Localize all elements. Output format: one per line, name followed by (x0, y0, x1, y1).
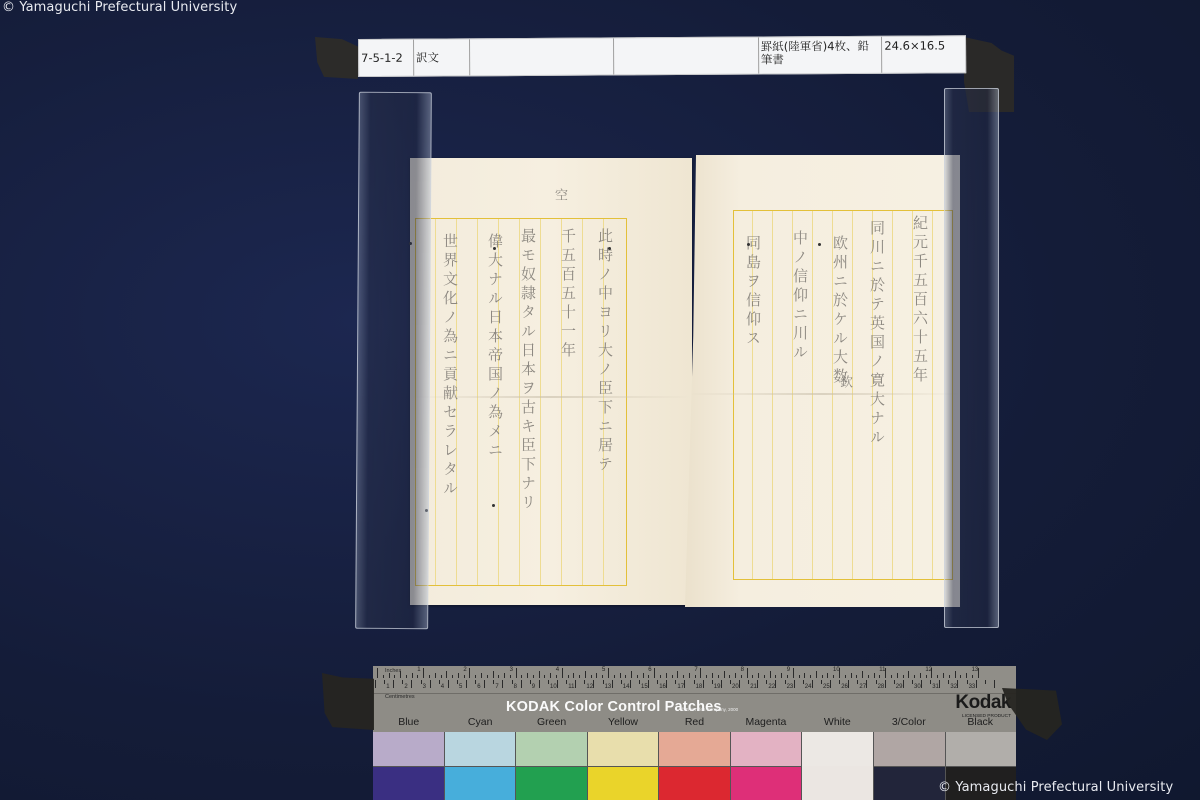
patch-light (659, 732, 730, 767)
inch-tick-label: 13 (972, 667, 979, 673)
ruler-tick (857, 680, 858, 684)
cm-tick-label: 25 (823, 684, 830, 690)
patch-light (731, 732, 802, 767)
patch-light (588, 732, 659, 767)
ruler-tick (684, 680, 685, 688)
cm-tick-label: 5 (459, 684, 462, 690)
ruler-tick (748, 680, 749, 684)
ruler-tick (631, 671, 632, 678)
ruler-tick (475, 680, 476, 684)
ruler-tick (976, 680, 977, 688)
patch-dark (802, 766, 873, 800)
patch-labels: Blue Cyan Green Yellow Red Magenta White… (373, 716, 1016, 730)
ruler-tick (639, 680, 640, 684)
ruler-tick (612, 680, 613, 688)
ruler-tick (421, 680, 422, 684)
cm-tick-label: 15 (641, 684, 648, 690)
catalog-size: 24.6×16.5 (882, 36, 965, 73)
cm-tick-label: 1 (386, 684, 389, 690)
ruler-tick (816, 671, 817, 678)
inch-tick-label: 1 (417, 667, 420, 673)
patch-label: Cyan (444, 716, 515, 730)
inch-tick-label: 2 (463, 667, 466, 673)
ruler-tick (593, 680, 594, 688)
ruler-tick (530, 680, 531, 684)
ruler-tick (747, 668, 748, 678)
cm-tick-label: 21 (750, 684, 757, 690)
cm-tick-label: 33 (969, 684, 976, 690)
ruler-tick (539, 671, 540, 678)
ruler-tick (466, 680, 467, 688)
kodak-color-chart: Inches 12345678910111213 123456789101112… (373, 666, 1016, 800)
patch-column-magenta (731, 732, 803, 800)
ruler-tick (654, 668, 655, 678)
handwritten-annotation: 空 (550, 188, 569, 205)
cm-tick-label: 16 (659, 684, 666, 690)
cm-tick-label: 9 (532, 684, 535, 690)
ruler-tick (666, 680, 667, 688)
tape-bottom-left (322, 673, 374, 730)
ruler-tick (721, 680, 722, 688)
catalog-blank-cell (470, 38, 615, 75)
ruler-tick (903, 680, 904, 688)
inch-tick-label: 11 (879, 667, 885, 673)
cm-tick-label: 14 (623, 684, 630, 690)
ruler-tick (812, 680, 813, 688)
ruler-tick (770, 671, 771, 678)
ruler-tick (724, 671, 725, 678)
handwritten-column: 最モ奴隷タル日本ヲ古キ臣下ナリ (518, 228, 539, 513)
ruler-cm-label: Centimetres (385, 694, 415, 700)
cm-tick-label: 10 (550, 684, 557, 690)
handwritten-column: 同川ニ於テ英国ノ寛大ナル (867, 220, 888, 448)
ruler-tick (457, 680, 458, 684)
ruler-tick (794, 680, 795, 688)
ruler-tick (446, 671, 447, 678)
cm-tick-label: 28 (878, 684, 885, 690)
ruler-tick (821, 680, 822, 684)
catalog-label-strip: 7-5-1-2 訳文 罫紙(陸軍省)4枚、鉛筆書 24.6×16.5 (358, 35, 966, 77)
ruler-tick (677, 671, 678, 678)
ruler-tick (694, 680, 695, 684)
handwritten-column: 中ノ信仰ニ川ル (790, 230, 811, 363)
cm-tick-label: 7 (495, 684, 498, 690)
cm-tick-label: 30 (914, 684, 921, 690)
inch-tick-label: 7 (694, 667, 697, 673)
cm-tick-label: 8 (514, 684, 517, 690)
patch-label: Blue (373, 716, 444, 730)
chart-copyright: © The Tiffen Company, 2000 (681, 707, 738, 712)
patch-dark (373, 767, 444, 800)
patch-label: Magenta (730, 716, 801, 730)
patch-column-red (659, 732, 731, 800)
inch-tick-label: 4 (556, 667, 559, 673)
ruler-tick (448, 680, 449, 688)
ruler-tick (502, 680, 503, 688)
cm-tick-label: 13 (605, 684, 612, 690)
ruler-tick (384, 680, 385, 684)
patch-column-3-color (874, 732, 946, 800)
cm-tick-label: 6 (477, 684, 480, 690)
inch-tick-label: 12 (925, 667, 932, 673)
ruler-tick (839, 680, 840, 684)
inch-tick-label: 6 (648, 667, 651, 673)
ruler-tick (985, 680, 986, 684)
cm-tick-label: 27 (859, 684, 866, 690)
handwritten-column: 偉大ナル日本帝国ノ為メニ (485, 233, 506, 461)
tape-top-left (315, 37, 360, 79)
handwritten-column: 同島ヲ信仰ス (743, 235, 764, 349)
patch-label: Red (659, 716, 730, 730)
cm-tick-label: 2 (404, 684, 407, 690)
manuscript-document: 世界文化ノ為ニ貢献セラレタル 偉大ナル日本帝国ノ為メニ 最モ奴隷タル日本ヲ古キ臣… (410, 155, 960, 605)
ruler-tick (700, 668, 701, 678)
ruler-tick (512, 680, 513, 684)
patch-dark (874, 767, 945, 800)
patch-light (946, 732, 1017, 767)
cm-tick-label: 17 (677, 684, 684, 690)
inch-tick-label: 10 (833, 667, 840, 673)
handwritten-annotation: 欽 (835, 375, 854, 392)
ruler-tick (730, 680, 731, 684)
handwritten-column: 此時ノ中ヨリ大ノ臣下ニ居テ (595, 228, 616, 475)
catalog-blank-cell (614, 38, 759, 75)
patch-column-white (802, 732, 874, 800)
ruler-tick (912, 680, 913, 684)
ruler-tick (621, 680, 622, 684)
patch-dark (588, 767, 659, 800)
cm-tick-label: 29 (896, 684, 903, 690)
ruler-tick (393, 680, 394, 688)
ruler-tick (793, 668, 794, 678)
cm-tick-label: 18 (696, 684, 703, 690)
patch-column-yellow (588, 732, 660, 800)
inch-tick-label: 3 (510, 667, 513, 673)
acrylic-weight-right (944, 88, 999, 628)
cm-tick-label: 23 (787, 684, 794, 690)
ruler-tick (830, 680, 831, 688)
ruler-tick (908, 671, 909, 678)
ruler-tick (957, 680, 958, 688)
patch-dark (731, 767, 802, 800)
ruler-tick (402, 680, 403, 684)
ruler-tick (584, 680, 585, 684)
ruler-tick (939, 680, 940, 688)
ruler-tick (548, 680, 549, 684)
ruler-tick (557, 680, 558, 688)
ruler-tick (377, 668, 378, 678)
ruler-tick (493, 671, 494, 678)
ruler-tick (775, 680, 776, 688)
ruler-tick (603, 680, 604, 684)
cm-tick-label: 32 (950, 684, 957, 690)
ruler-tick (921, 680, 922, 688)
patch-light (516, 732, 587, 767)
ruler-tick (493, 680, 494, 684)
acrylic-weight-left (355, 92, 432, 629)
ruler-tick (430, 680, 431, 688)
patch-light (802, 732, 873, 766)
cm-tick-label: 19 (714, 684, 721, 690)
copyright-watermark-bottom: © Yamaguchi Prefectural University (938, 780, 1173, 795)
cm-tick-label: 24 (805, 684, 812, 690)
ruler-tick (703, 680, 704, 688)
ruler-tick (766, 680, 767, 684)
patch-label: Green (516, 716, 587, 730)
ruler-tick (785, 680, 786, 684)
handwritten-column: 欧州ニ於ケル大数 (830, 235, 851, 387)
handwritten-column: 世界文化ノ為ニ貢献セラレタル (440, 233, 461, 499)
inch-tick-label: 8 (741, 667, 744, 673)
ruler-tick (648, 680, 649, 688)
ruler-tick (894, 680, 895, 684)
color-patches (373, 732, 1016, 800)
patch-dark (445, 767, 516, 800)
ruler-tick (948, 680, 949, 684)
patch-light (373, 732, 444, 767)
patch-column-cyan (445, 732, 517, 800)
ruler-tick (562, 668, 563, 678)
ruler-tick (955, 671, 956, 678)
ruler-tick (521, 680, 522, 688)
cm-tick-label: 20 (732, 684, 739, 690)
patch-dark (516, 767, 587, 800)
cm-tick-label: 26 (841, 684, 848, 690)
inch-tick-label: 9 (787, 667, 790, 673)
patch-dark (659, 767, 730, 800)
ruler-tick (739, 680, 740, 688)
patch-label: 3/Color (873, 716, 944, 730)
ruler-tick (566, 680, 567, 684)
ruler-tick (423, 668, 424, 678)
catalog-title: 訳文 (414, 39, 470, 75)
patch-light (874, 732, 945, 767)
ruler-tick (712, 680, 713, 684)
ruler-tick (516, 668, 517, 678)
ruler-tick (757, 680, 758, 688)
patch-label: Black (945, 716, 1016, 730)
kodak-logo: Kodak (955, 692, 1011, 714)
ruler-tick (608, 668, 609, 678)
ruler-tick (866, 680, 867, 688)
ruler-tick (862, 671, 863, 678)
ruler-tick (439, 680, 440, 684)
cm-tick-label: 3 (423, 684, 426, 690)
handwritten-column: 紀元千五百六十五年 (910, 215, 931, 386)
manuscript-left-page: 世界文化ノ為ニ貢献セラレタル 偉大ナル日本帝国ノ為メニ 最モ奴隷タル日本ヲ古キ臣… (410, 158, 692, 605)
ruler-tick (848, 680, 849, 688)
patch-label: White (802, 716, 873, 730)
cm-tick-label: 22 (768, 684, 775, 690)
ruler-tick (657, 680, 658, 684)
ruler-tick (469, 668, 470, 678)
measurement-ruler: Inches 12345678910111213 123456789101112… (373, 666, 1016, 694)
patch-light (445, 732, 516, 767)
ruler-tick (994, 680, 995, 688)
ruler-tick (375, 680, 376, 688)
ruler-tick (885, 680, 886, 688)
ruler-tick (539, 680, 540, 688)
ruler-tick (675, 680, 676, 684)
copyright-watermark-top: © Yamaguchi Prefectural University (2, 0, 237, 15)
patch-label: Yellow (587, 716, 658, 730)
ruler-tick (803, 680, 804, 684)
ruler-tick (930, 680, 931, 684)
cm-tick-label: 11 (568, 684, 574, 690)
patch-column-blue (373, 732, 445, 800)
ruler-tick (630, 680, 631, 688)
handwritten-column: 千五百五十一年 (558, 228, 579, 361)
centimetre-scale: 1234567891011121314151617181920212223242… (373, 678, 1016, 694)
inch-tick-label: 5 (602, 667, 605, 673)
ruler-tick (484, 680, 485, 688)
catalog-id: 7-5-1-2 (359, 40, 414, 76)
ruler-tick (585, 671, 586, 678)
cm-tick-label: 12 (586, 684, 593, 690)
patch-column-green (516, 732, 588, 800)
manuscript-right-page: 紀元千五百六十五年 同川ニ於テ英国ノ寛大ナル 欧州ニ於ケル大数 中ノ信仰ニ川ル … (685, 155, 960, 607)
ruler-tick (967, 680, 968, 684)
cm-tick-label: 4 (441, 684, 444, 690)
ruler-tick (411, 680, 412, 688)
catalog-material: 罫紙(陸軍省)4枚、鉛筆書 (759, 37, 883, 74)
ruler-tick (400, 671, 401, 678)
cm-tick-label: 31 (932, 684, 939, 690)
ruler-tick (575, 680, 576, 688)
ruler-tick (876, 680, 877, 684)
